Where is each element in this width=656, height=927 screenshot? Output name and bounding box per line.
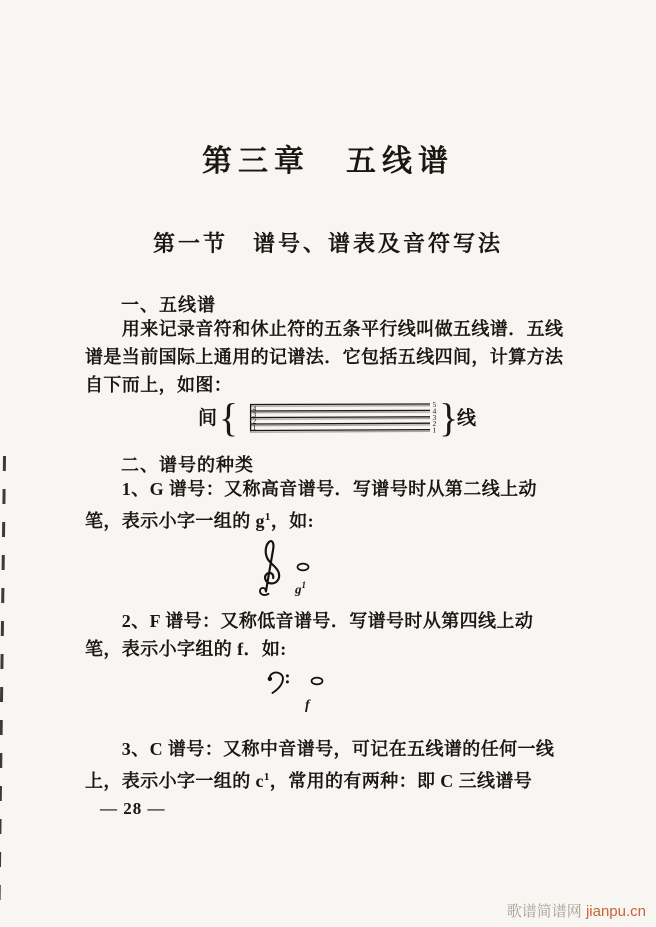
line-label: 线 xyxy=(457,406,477,429)
right-brace: } xyxy=(439,395,458,440)
whole-note-icon xyxy=(310,676,324,686)
chapter-title: 第三章 五线谱 xyxy=(0,136,656,180)
staff-lines xyxy=(250,404,430,431)
g-clef-line2-post: ，如: xyxy=(271,511,314,531)
c-clef-line2-pre: 上，表示小字一组的 c xyxy=(85,771,264,791)
binding-marks xyxy=(0,456,6,914)
f-clef-paragraph: 2、F 谱号：又称低音谱号．写谱号时从第四线上动笔，表示小字组的 f．如: xyxy=(85,607,645,663)
page-number: — 28 — xyxy=(100,799,166,819)
space-label: 间 xyxy=(198,406,217,429)
c-clef-paragraph: 3、C 谱号：又称中音谱号，可记在五线谱的任何一线上，表示小字一组的 c1，常用… xyxy=(85,735,645,795)
watermark-site-url: jianpu.cn xyxy=(586,903,646,920)
heading-clef-types: 二、谱号的种类 xyxy=(85,451,254,477)
space-number-1: 1 xyxy=(253,423,257,432)
bass-note-label: f xyxy=(305,698,310,714)
f-clef-line2: 笔，表示小字组的 f．如: xyxy=(85,639,287,659)
g-clef-line2-pre: 笔，表示小字一组的 g xyxy=(85,511,265,531)
g-clef-paragraph: 1、G 谱号：又称高音谱号．写谱号时从第二线上动笔，表示小字一组的 g1，如: xyxy=(85,475,645,535)
heading-staff: 一、五线谱 xyxy=(85,291,216,317)
scanned-book-page: 第三章 五线谱 第一节 谱号、谱表及音符写法 一、五线谱 用来记录音符和休止符的… xyxy=(0,0,656,927)
section-title: 第一节 谱号、谱表及音符写法 xyxy=(0,227,656,258)
treble-clef-icon xyxy=(252,536,284,598)
g-clef-line1: 1、G 谱号：又称高音谱号．写谱号时从第二线上动 xyxy=(85,479,537,499)
staff-diagram-figure: 间 { 4 3 2 1 5 4 3 2 1 } 线 xyxy=(196,394,488,442)
left-brace: { xyxy=(219,395,238,440)
c-clef-line1: 3、C 谱号：又称中音谱号，可记在五线谱的任何一线 xyxy=(85,739,554,759)
bass-clef-figure: f xyxy=(266,668,366,720)
f-clef-line1: 2、F 谱号：又称低音谱号．写谱号时从第四线上动 xyxy=(85,611,533,631)
whole-note-icon xyxy=(296,562,310,572)
staff-intro-paragraph: 用来记录音符和休止符的五条平行线叫做五线谱．五线 谱是当前国际上通用的记谱法．它… xyxy=(85,315,645,399)
treble-note-label: g1 xyxy=(295,580,306,597)
staff-lines-ghost xyxy=(250,406,430,433)
staff-diagram-svg: 间 { 4 3 2 1 5 4 3 2 1 } 线 xyxy=(196,394,488,442)
treble-clef-figure: g1 xyxy=(252,536,352,602)
watermark-site-name: 歌谱简谱网 xyxy=(507,903,586,920)
c-clef-line2-post: ，常用的有两种：即 C 三线谱号 xyxy=(270,771,532,791)
bass-clef-icon xyxy=(266,670,302,698)
watermark: 歌谱简谱网 jianpu.cn xyxy=(507,900,646,921)
line-number-1: 1 xyxy=(433,426,437,435)
